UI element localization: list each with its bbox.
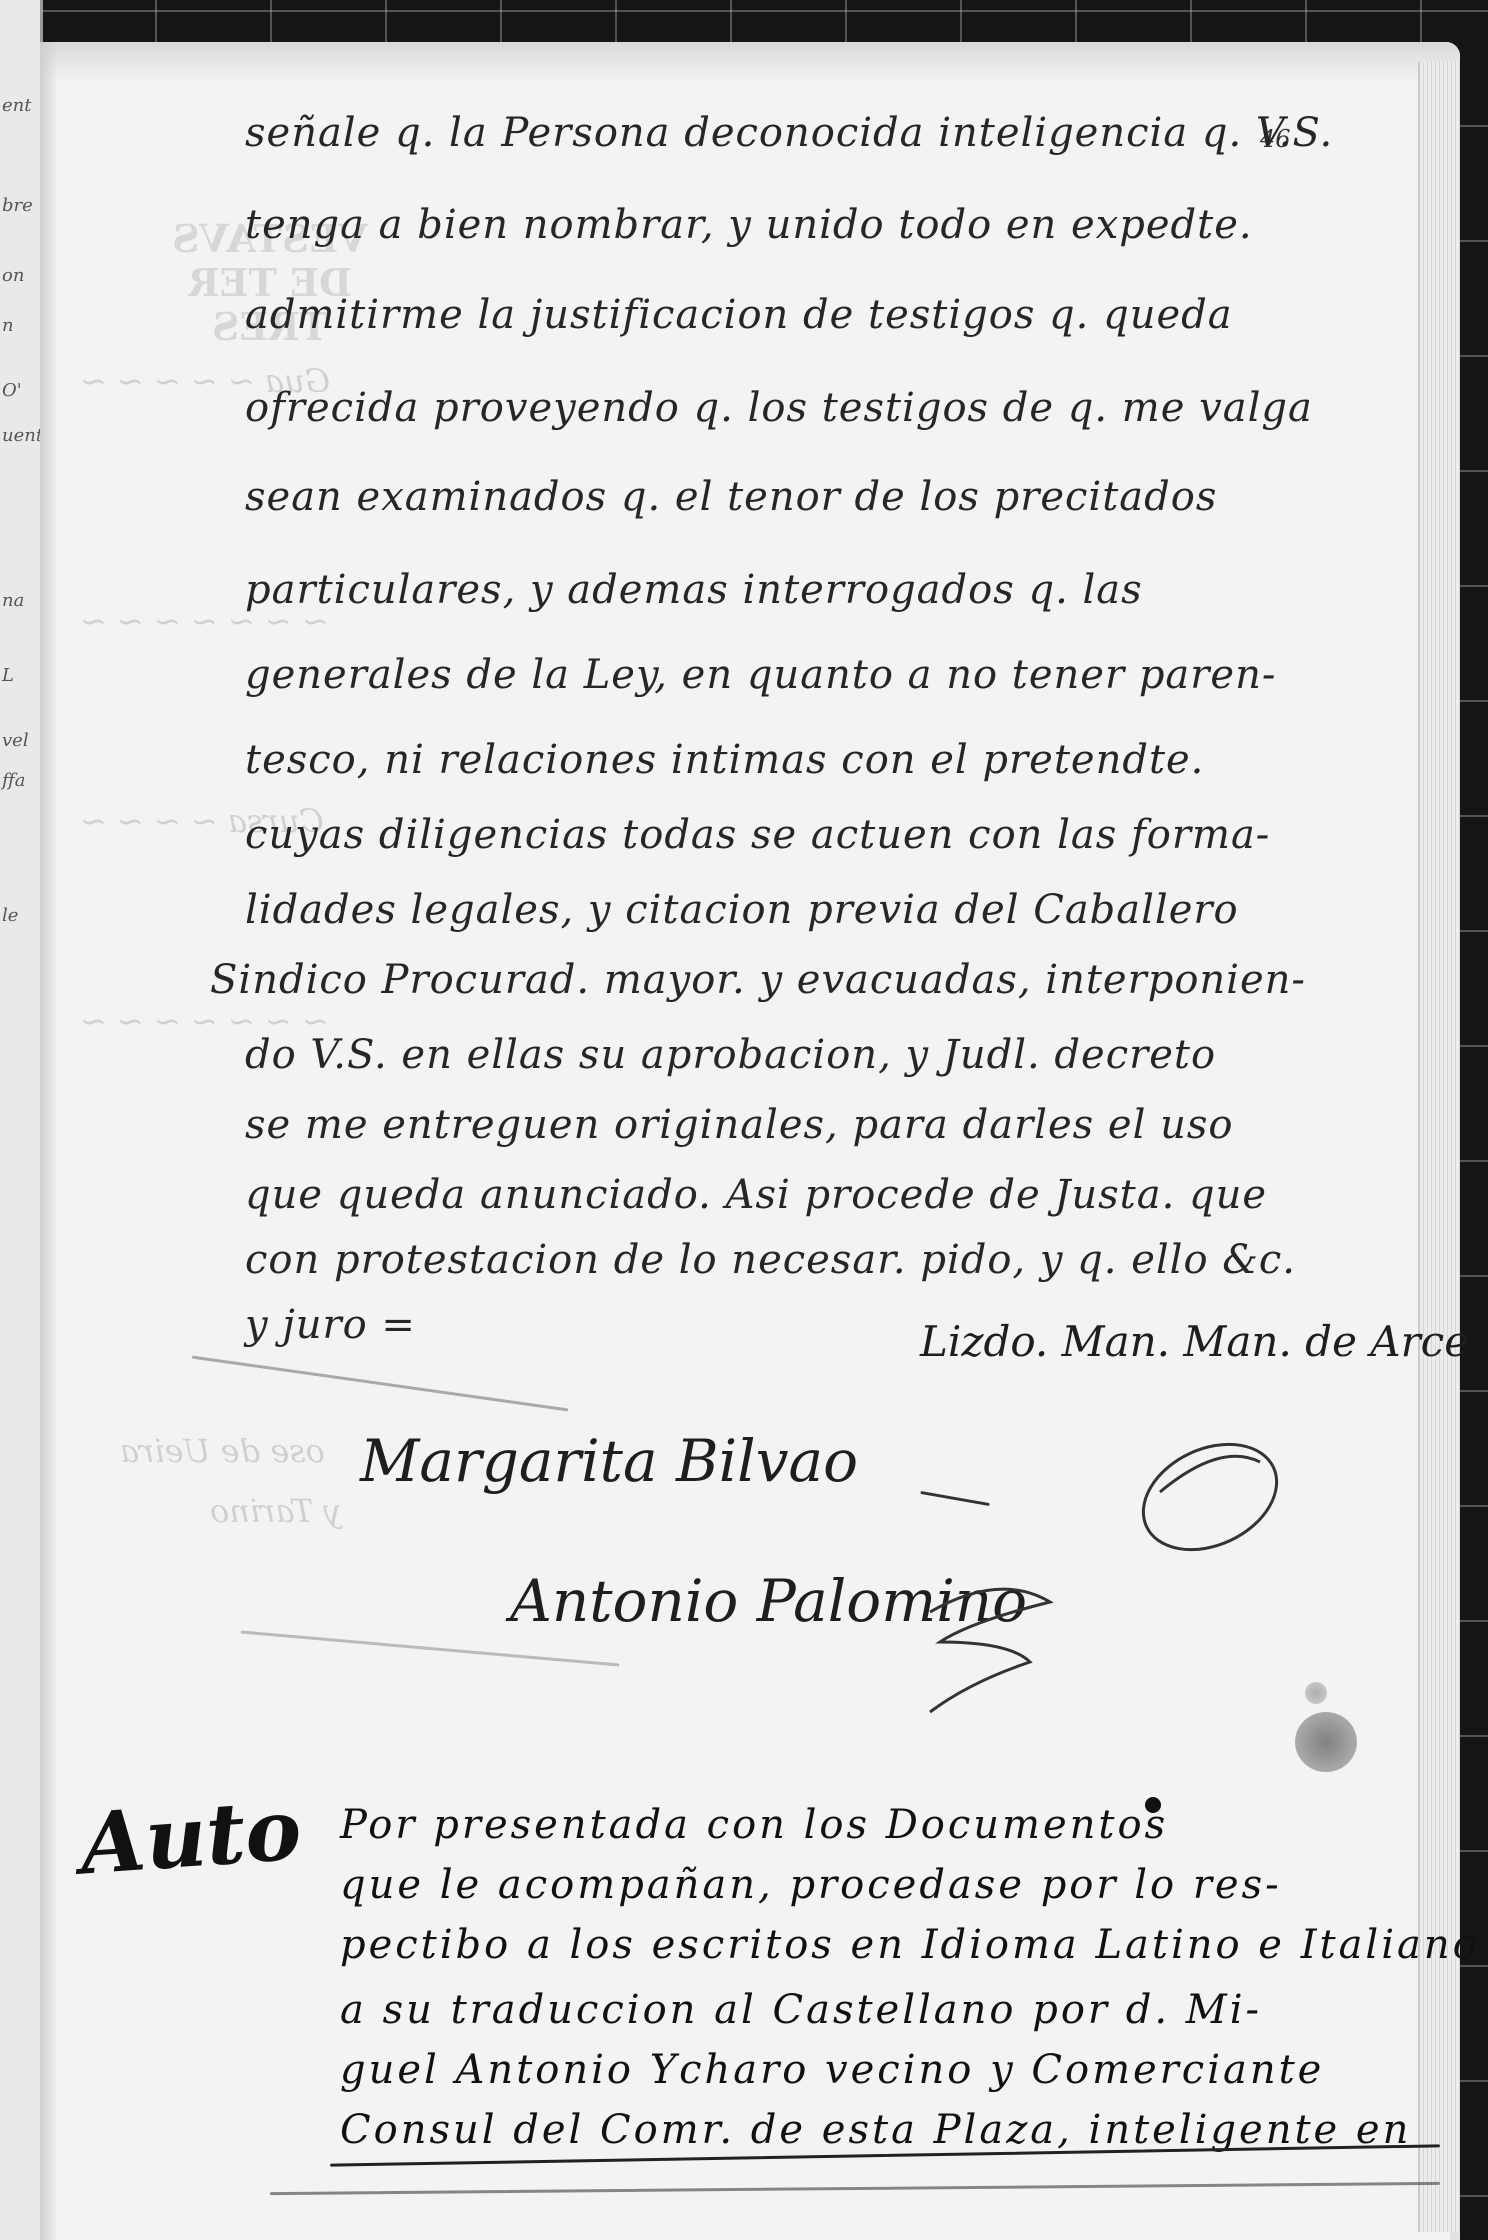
- petition-line: do V.S. en ellas su aprobacion, y Judl. …: [245, 1032, 1216, 1078]
- petition-line: que queda anunciado. Asi procede de Just…: [245, 1172, 1267, 1218]
- ink-stain: [1305, 1682, 1327, 1704]
- margin-fragment: le: [2, 905, 18, 926]
- auto-line: guel Antonio Ycharo vecino y Comerciante: [340, 2047, 1324, 2093]
- lawyer-signature: Lizdo. Man. Man. de Arce: [920, 1317, 1469, 1366]
- petition-line: sean examinados q. el tenor de los preci…: [245, 474, 1217, 520]
- margin-fragment: bre: [2, 195, 33, 216]
- petition-line: ofrecida proveyendo q. los testigos de q…: [245, 385, 1313, 431]
- margin-fragment: L: [2, 665, 14, 686]
- page-edge-stack: [1418, 62, 1460, 2232]
- faint-stroke: [241, 1630, 620, 1666]
- manuscript-page: VESTAVS DE TER TRES Gua ~ ~ ~ ~ ~ ~ ~ ~ …: [40, 42, 1460, 2240]
- rubric-flourish-icon: [910, 1572, 1070, 1722]
- margin-fragment: on: [2, 265, 24, 286]
- spine-shadow: [40, 42, 58, 2240]
- auto-line: Por presentada con los Documentos: [340, 1802, 1168, 1848]
- auto-line: a su traduccion al Castellano por d. Mi-: [340, 1987, 1262, 2033]
- rubric-flourish-icon: [1100, 1422, 1300, 1562]
- auto-line: pectibo a los escritos en Idioma Latino …: [340, 1922, 1480, 1968]
- petition-line: tesco, ni relaciones intimas con el pret…: [245, 737, 1204, 783]
- petition-line: y juro =: [245, 1302, 416, 1348]
- auto-line: que le acompañan, procedase por lo res-: [340, 1862, 1282, 1908]
- margin-fragment: uent: [2, 425, 43, 446]
- margin-fragment: ent: [2, 95, 31, 116]
- ink-stain: [1295, 1712, 1357, 1772]
- auto-line: Consul del Comr. de esta Plaza, intelige…: [340, 2107, 1411, 2153]
- bleed-through-text: ose de Ueira: [120, 1432, 325, 1470]
- petition-line: Sindico Procurad. mayor. y evacuadas, in…: [210, 957, 1306, 1003]
- margin-fragment: na: [2, 590, 24, 611]
- margin-fragment: ffa: [2, 770, 25, 791]
- petition-line: lidades legales, y citacion previa del C…: [245, 887, 1239, 933]
- auto-heading: Auto: [77, 1779, 304, 1893]
- petition-line: con protestacion de lo necesar. pido, y …: [245, 1237, 1296, 1283]
- bleed-through-text: y Tarino: [210, 1492, 342, 1530]
- margin-fragment: vel: [2, 730, 29, 751]
- petition-line: señale q. la Persona deconocida intelige…: [245, 110, 1333, 156]
- petition-line: particulares, y ademas interrogados q. l…: [245, 567, 1143, 613]
- petition-line: cuyas diligencias todas se actuen con la…: [245, 812, 1270, 858]
- petition-line: tenga a bien nombrar, y unido todo en ex…: [245, 202, 1253, 248]
- petition-line: generales de la Ley, en quanto a no tene…: [245, 652, 1276, 698]
- closing-rule: [270, 2182, 1440, 2195]
- facing-page-fragment: ent bre on n O' uent na L vel ffa le: [0, 0, 43, 2240]
- petitioner-signature: Margarita Bilvao: [360, 1427, 858, 1495]
- rubric-stroke: [920, 1491, 989, 1506]
- margin-fragment: n: [2, 315, 14, 336]
- petition-line: admitirme la justificacion de testigos q…: [245, 292, 1233, 338]
- petition-line: se me entreguen originales, para darles …: [245, 1102, 1233, 1148]
- faint-stroke: [192, 1356, 569, 1412]
- margin-fragment: O': [2, 380, 22, 401]
